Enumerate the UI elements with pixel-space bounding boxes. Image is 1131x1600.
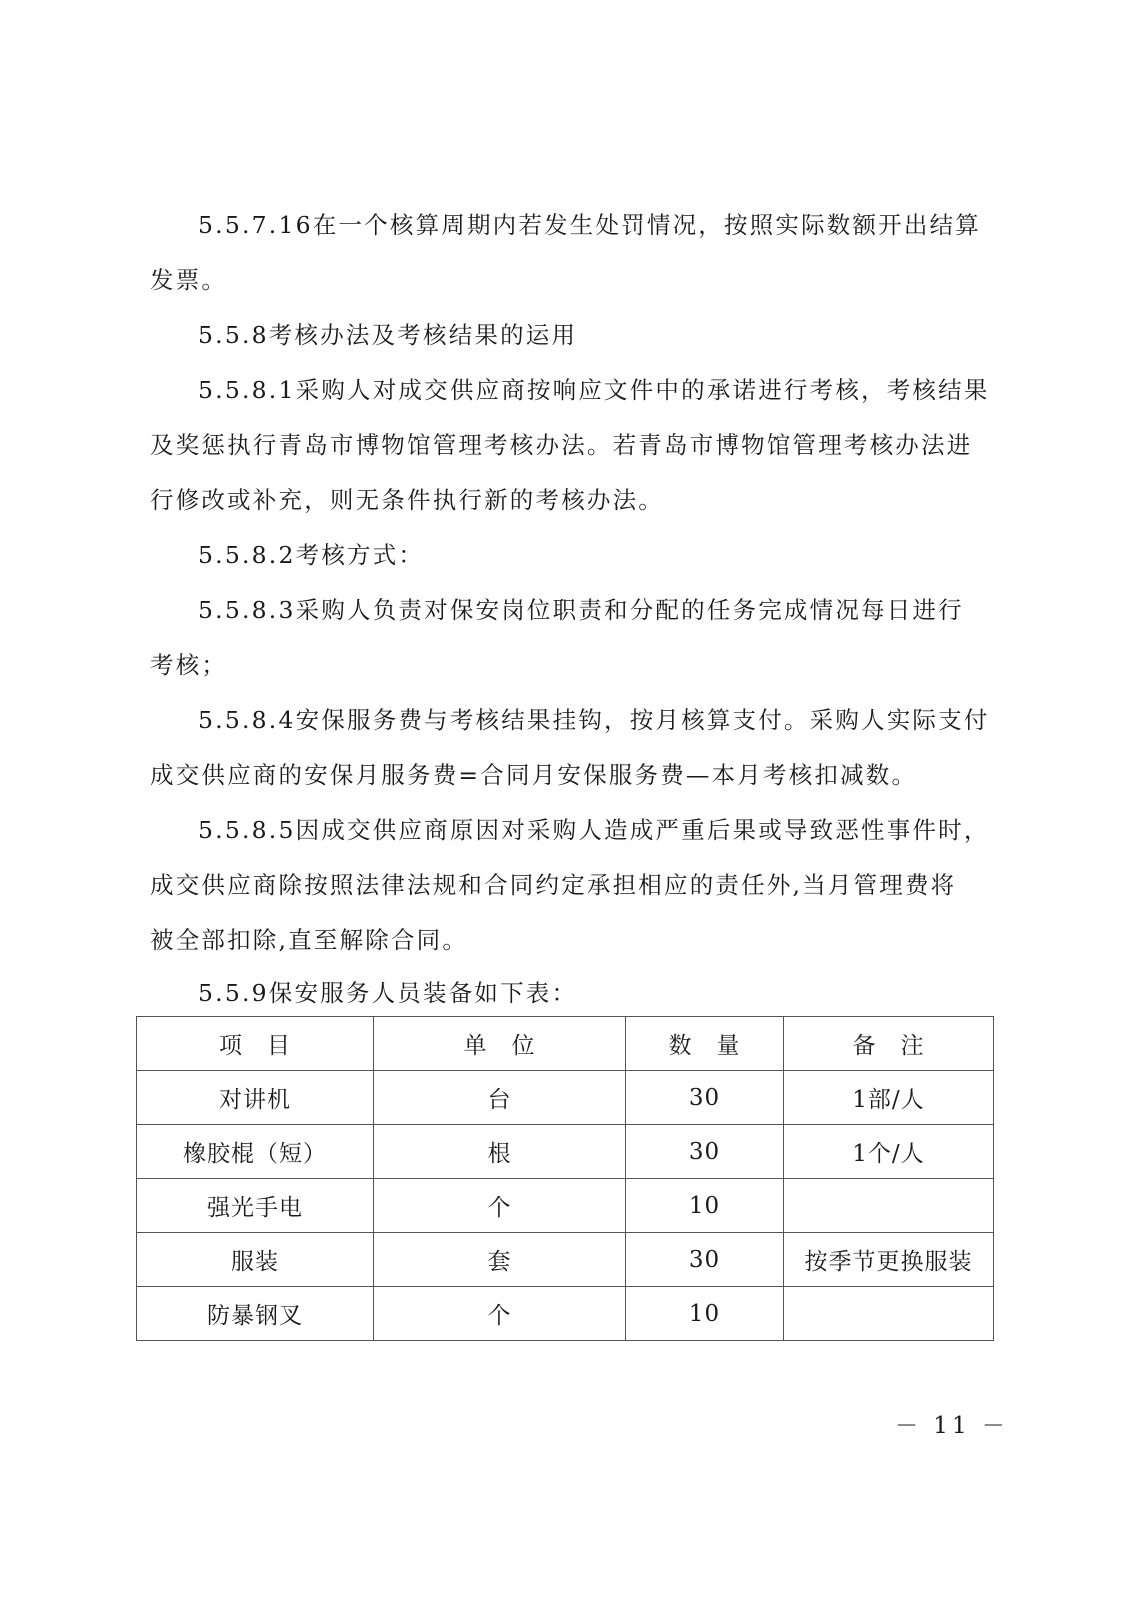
cell-item: 对讲机 (137, 1071, 374, 1125)
paragraph-line: 成交供应商除按照法律法规和合同约定承担相应的责任外,当月管理费将 (150, 870, 956, 900)
cell-unit: 套 (374, 1233, 626, 1287)
paragraph-line: 考核； (150, 650, 227, 680)
paragraph-line: 5.5.8.4安保服务费与考核结果挂钩，按月核算支付。采购人实际支付 (198, 705, 990, 735)
paragraph-line: 及奖惩执行青岛市博物馆管理考核办法。若青岛市博物馆管理考核办法进 (150, 430, 972, 460)
cell-quantity: 10 (626, 1179, 784, 1233)
cell-remarks (784, 1287, 994, 1341)
cell-quantity: 10 (626, 1287, 784, 1341)
document-page: 5.5.7.16在一个核算周期内若发生处罚情况，按照实际数额开出结算发票。5.5… (0, 0, 1131, 1600)
header-item: 项 目 (137, 1017, 374, 1071)
cell-item: 橡胶棍（短） (137, 1125, 374, 1179)
paragraph-line: 5.5.8考核办法及考核结果的运用 (198, 320, 577, 350)
paragraph-line: 5.5.8.2考核方式： (198, 540, 424, 570)
cell-remarks: 1个/人 (784, 1125, 994, 1179)
paragraph-line: 行修改或补充，则无条件执行新的考核办法。 (150, 485, 664, 515)
table-row: 服装 套 30 按季节更换服装 (137, 1233, 994, 1287)
cell-item: 强光手电 (137, 1179, 374, 1233)
cell-unit: 根 (374, 1125, 626, 1179)
cell-item: 防暴钢叉 (137, 1287, 374, 1341)
table-row: 防暴钢叉 个 10 (137, 1287, 994, 1341)
cell-unit: 台 (374, 1071, 626, 1125)
cell-unit: 个 (374, 1287, 626, 1341)
cell-quantity: 30 (626, 1233, 784, 1287)
paragraph-line: 5.5.8.1采购人对成交供应商按响应文件中的承诺进行考核，考核结果 (198, 375, 990, 405)
table-row: 强光手电 个 10 (137, 1179, 994, 1233)
paragraph-line: 5.5.9保安服务人员装备如下表： (198, 978, 577, 1008)
cell-quantity: 30 (626, 1071, 784, 1125)
table-row: 橡胶棍（短） 根 30 1个/人 (137, 1125, 994, 1179)
paragraph-line: 成交供应商的安保月服务费=合同月安保服务费—本月考核扣减数。 (150, 760, 917, 790)
equipment-table: 项 目 单 位 数 量 备 注 对讲机 台 30 1部/人 橡胶棍（短） 根 3… (136, 1016, 994, 1341)
paragraph-line: 被全部扣除,直至解除合同。 (150, 925, 468, 955)
header-unit: 单 位 (374, 1017, 626, 1071)
paragraph-line: 5.5.7.16在一个核算周期内若发生处罚情况，按照实际数额开出结算 (198, 210, 981, 240)
table-header-row: 项 目 单 位 数 量 备 注 (137, 1017, 994, 1071)
paragraph-line: 5.5.8.5因成交供应商原因对采购人造成严重后果或导致恶性事件时， (198, 815, 990, 845)
cell-unit: 个 (374, 1179, 626, 1233)
page-number: － 11 － (895, 1407, 1009, 1440)
cell-remarks: 按季节更换服装 (784, 1233, 994, 1287)
paragraph-line: 发票。 (150, 265, 227, 295)
cell-remarks: 1部/人 (784, 1071, 994, 1125)
cell-remarks (784, 1179, 994, 1233)
table-row: 对讲机 台 30 1部/人 (137, 1071, 994, 1125)
header-quantity: 数 量 (626, 1017, 784, 1071)
cell-item: 服装 (137, 1233, 374, 1287)
header-remarks: 备 注 (784, 1017, 994, 1071)
paragraph-line: 5.5.8.3采购人负责对保安岗位职责和分配的任务完成情况每日进行 (198, 595, 964, 625)
cell-quantity: 30 (626, 1125, 784, 1179)
